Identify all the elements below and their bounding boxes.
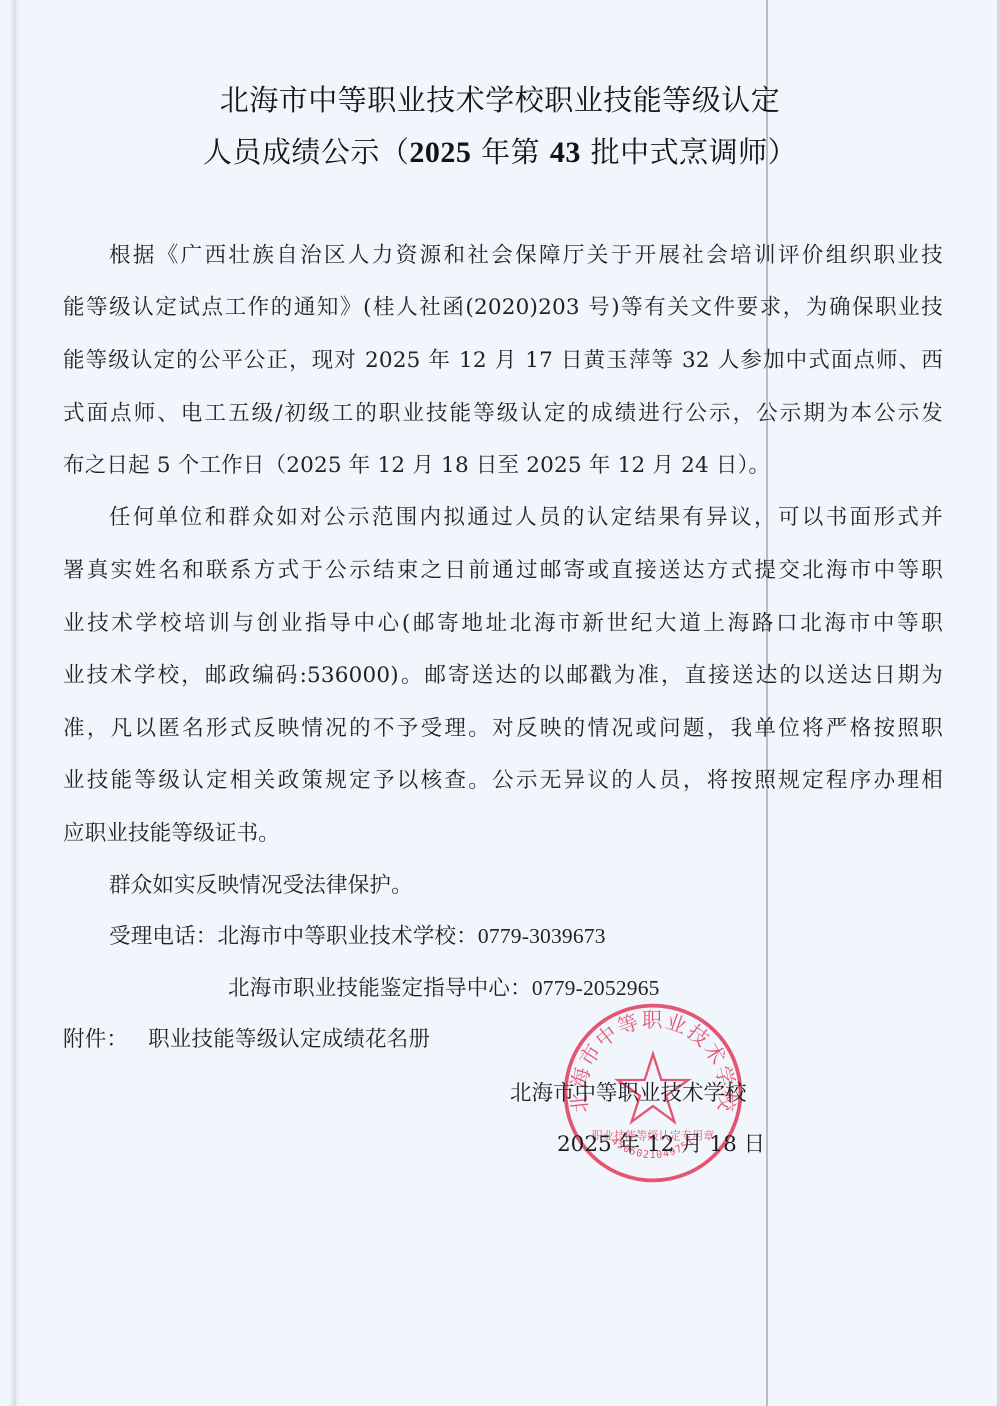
- contact-phone: 0779-3039673: [478, 924, 606, 948]
- paragraph2-line: 署真实姓名和联系方式于公示结束之日前通过邮寄或直接送达方式提交北海市中等职: [63, 553, 943, 584]
- attachment-name: 职业技能等级认定成绩花名册: [148, 1027, 430, 1052]
- signature-org: 北海市中等职业技术学校: [510, 1076, 747, 1107]
- contact-phone: 0779-2052965: [532, 976, 660, 1000]
- title-mid: 年第: [471, 135, 549, 169]
- paragraph2-line: 业技术学校，邮政编码:536000)。邮寄送达的以邮戳为准，直接送达的以送达日期…: [63, 658, 943, 689]
- document-title-line1: 北海市中等职业技术学校职业技能等级认定: [0, 78, 1000, 119]
- attachment-row: 附件：职业技能等级认定成绩花名册: [63, 1022, 943, 1053]
- title-batch-number: 43: [550, 136, 581, 169]
- contact-org: 北海市职业技能鉴定指导中心：: [228, 976, 532, 1001]
- paragraph1-line: 能等级认定试点工作的通知》(桂人社函(2020)203 号)等有关文件要求，为确…: [63, 290, 943, 321]
- contact-row-center: 北海市职业技能鉴定指导中心：0779-2052965: [228, 971, 1000, 1002]
- paragraph1-line: 布之日起 5 个工作日（2025 年 12 月 18 日至 2025 年 12 …: [63, 448, 943, 479]
- document-title-line2: 人员成绩公示（2025 年第 43 批中式烹调师）: [0, 130, 1000, 171]
- paragraph2-line: 应职业技能等级证书。: [63, 816, 943, 847]
- title-suffix: 批中式烹调师）: [581, 135, 797, 169]
- paragraph2-line: 准，凡以匿名形式反映情况的不予受理。对反映的情况或问题，我单位将严格按照职: [63, 711, 943, 742]
- contact-org: 北海市中等职业技术学校：: [218, 924, 478, 949]
- contact-label: 受理电话：: [109, 924, 218, 949]
- paragraph1-line: 能等级认定的公平公正，现对 2025 年 12 月 17 日黄玉萍等 32 人参…: [63, 343, 943, 374]
- contact-row-school: 受理电话：北海市中等职业技术学校：0779-3039673: [109, 919, 989, 950]
- title-year: 2025: [409, 136, 471, 169]
- legal-protection-note: 群众如实反映情况受法律保护。: [109, 868, 989, 899]
- document-page: 北海市中等职业技术学校职业技能等级认定 人员成绩公示（2025 年第 43 批中…: [0, 0, 1000, 1406]
- paragraph1-line: 根据《广西壮族自治区人力资源和社会保障厅关于开展社会培训评价组织职业技: [63, 238, 943, 269]
- paragraph2-line: 业技能等级认定相关政策规定予以核查。公示无异议的人员，将按照规定程序办理相: [63, 763, 943, 794]
- page-fold-line: [766, 0, 768, 1406]
- attachment-label: 附件：: [63, 1027, 128, 1052]
- title-prefix: 人员成绩公示（: [203, 135, 410, 169]
- page-left-edge: [10, 0, 20, 1406]
- paragraph2-line: 任何单位和群众如对公示范围内拟通过人员的认定结果有异议，可以书面形式并: [63, 500, 943, 531]
- paragraph1-line: 式面点师、电工五级/初级工的职业技能等级认定的成绩进行公示，公示期为本公示发: [63, 396, 943, 427]
- paragraph2-line: 业技术学校培训与创业指导中心(邮寄地址北海市新世纪大道上海路口北海市中等职: [63, 606, 943, 637]
- signature-date: 2025 年 12 月 18 日: [557, 1127, 765, 1158]
